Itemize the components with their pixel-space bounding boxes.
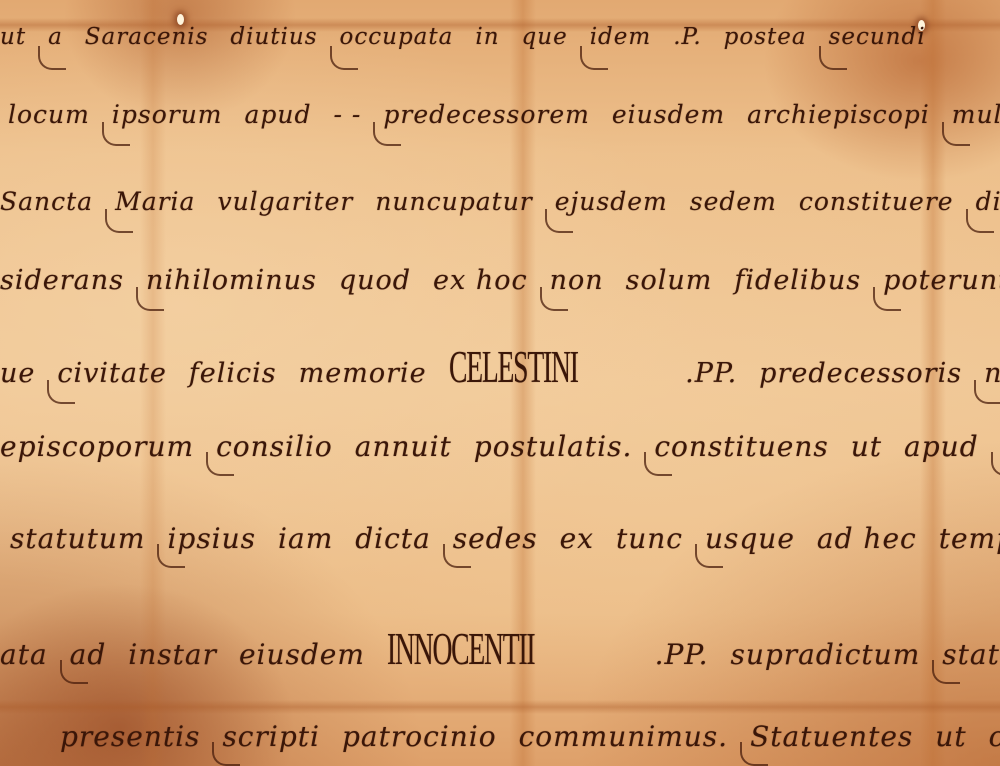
manuscript-word: nostri	[984, 358, 1000, 389]
manuscript-word: sedes	[453, 522, 538, 555]
manuscript-word: apud	[245, 100, 312, 129]
manuscript-word: idem	[590, 24, 652, 50]
manuscript-word: poterunt	[883, 265, 1000, 296]
manuscript-word: apud	[904, 430, 979, 463]
manuscript-word: dicta	[355, 522, 431, 555]
manuscript-word: vulgariter	[217, 187, 353, 216]
manuscript-word: non	[550, 265, 604, 296]
manuscript-word: quod	[339, 265, 411, 296]
manuscript-word: occupata	[340, 24, 454, 50]
manuscript-word: secundi	[829, 24, 926, 50]
manuscript-word: civitate	[57, 358, 166, 389]
manuscript-word: ex hoc	[433, 265, 528, 296]
manuscript-word: patrocinio	[342, 720, 497, 753]
descender-flourish	[873, 287, 901, 311]
descender-flourish	[373, 122, 401, 146]
descender-flourish	[740, 742, 768, 766]
manuscript-word: statutum	[942, 638, 1000, 671]
manuscript-word: Sancta	[0, 187, 93, 216]
manuscript-word: a	[48, 24, 63, 50]
manuscript-line-3: SanctaMariavulgariternuncupaturejusdemse…	[0, 187, 1000, 216]
manuscript-word: predecessorem	[383, 100, 590, 129]
descender-flourish	[443, 544, 471, 568]
manuscript-word: dignaret	[976, 187, 1000, 216]
manuscript-line-7: statutumipsiusiamdictasedesextuncusquead…	[10, 522, 1000, 555]
descender-flourish	[38, 46, 66, 70]
elongated-capital-name: INNOCENTII	[387, 622, 534, 675]
descender-flourish	[157, 544, 185, 568]
descender-flourish	[819, 46, 847, 70]
manuscript-word: siderans	[0, 265, 124, 296]
manuscript-word: ad hec	[817, 522, 917, 555]
descender-flourish	[206, 452, 234, 476]
elongated-capital-name: CELESTINI	[449, 340, 578, 393]
manuscript-word: nihilominus	[146, 265, 317, 296]
manuscript-word: Statuentes	[750, 720, 913, 753]
manuscript-word: postea	[724, 24, 807, 50]
manuscript-word: ejusdem	[555, 187, 668, 216]
manuscript-word: ex	[560, 522, 594, 555]
manuscript-word: que	[522, 24, 568, 50]
manuscript-word: ue	[0, 358, 35, 389]
manuscript-word: Saracenis	[85, 24, 209, 50]
manuscript-word: constituere	[799, 187, 954, 216]
manuscript-word: multipliciter	[952, 100, 1000, 129]
manuscript-word: .P.	[673, 24, 701, 50]
manuscript-line-4: sideransnihilominusquodex hocnonsolumfid…	[0, 265, 1000, 296]
manuscript-word: tempora	[939, 522, 1000, 555]
manuscript-word: ipsorum	[112, 100, 223, 129]
manuscript-word: usque	[705, 522, 795, 555]
manuscript-line-5: uecivitatefelicismemorieCELESTINI.PP.pre…	[0, 340, 1000, 393]
manuscript-line-1: utaSaracenisdiutiusoccupatainqueidem.P.p…	[0, 24, 948, 50]
horizontal-fold-crease-bottom	[0, 700, 1000, 714]
descender-flourish	[102, 122, 130, 146]
manuscript-line-9: presentisscriptipatrociniocommunimus.Sta…	[60, 720, 1000, 753]
descender-flourish	[60, 660, 88, 684]
manuscript-word: communimus.	[519, 720, 729, 753]
manuscript-word: predecessoris	[759, 358, 962, 389]
descender-flourish	[545, 209, 573, 233]
manuscript-word: eiusdem	[239, 638, 365, 671]
descender-flourish	[974, 380, 1000, 404]
manuscript-word: presentis	[60, 720, 200, 753]
manuscript-line-6: episcoporumconsilioannuitpostulatis.cons…	[0, 430, 1000, 463]
manuscript-word: diutius	[230, 24, 317, 50]
manuscript-word: instar	[128, 638, 217, 671]
manuscript-line-2: locumipsorumapud- -predecessoremeiusdema…	[8, 100, 1000, 129]
manuscript-word: postulatis.	[474, 430, 633, 463]
manuscript-word: eiusdem	[612, 100, 725, 129]
manuscript-word: scripti	[222, 720, 320, 753]
manuscript-word: memorie	[299, 358, 427, 389]
manuscript-word: nuncupatur	[375, 187, 532, 216]
descender-flourish	[330, 46, 358, 70]
manuscript-word: consilio	[216, 430, 333, 463]
manuscript-word: ut	[0, 24, 26, 50]
manuscript-word: - -	[334, 100, 362, 129]
manuscript-word: ipsius	[167, 522, 256, 555]
manuscript-word: archiepiscopi	[747, 100, 930, 129]
descender-flourish	[540, 287, 568, 311]
manuscript-word: cum	[989, 720, 1000, 753]
manuscript-word: fidelibus	[734, 265, 861, 296]
manuscript-word: annuit	[355, 430, 452, 463]
descender-flourish	[580, 46, 608, 70]
descender-flourish	[212, 742, 240, 766]
descender-flourish	[966, 209, 994, 233]
manuscript-word: solum	[626, 265, 713, 296]
manuscript-word: .PP.	[655, 638, 709, 671]
manuscript-word: episcoporum	[0, 430, 194, 463]
descender-flourish	[932, 660, 960, 684]
descender-flourish	[644, 452, 672, 476]
manuscript-word: in	[475, 24, 499, 50]
manuscript-word: iam	[278, 522, 333, 555]
manuscript-word: tunc	[616, 522, 683, 555]
manuscript-word: ad	[70, 638, 107, 671]
manuscript-line-8: ataadinstareiusdemINNOCENTII.PP.supradic…	[0, 622, 1000, 675]
manuscript-word: felicis	[189, 358, 277, 389]
descender-flourish	[136, 287, 164, 311]
descender-flourish	[105, 209, 133, 233]
descender-flourish	[695, 544, 723, 568]
manuscript-word: locum	[8, 100, 90, 129]
manuscript-word: ut	[935, 720, 966, 753]
manuscript-word: ut	[851, 430, 882, 463]
manuscript-word: constituens	[654, 430, 828, 463]
manuscript-word: ata	[0, 638, 48, 671]
manuscript-word: .PP.	[685, 358, 737, 389]
manuscript-word: supradictum	[730, 638, 920, 671]
descender-flourish	[47, 380, 75, 404]
descender-flourish	[942, 122, 970, 146]
manuscript-word: statutum	[10, 522, 145, 555]
manuscript-word: sedem	[690, 187, 777, 216]
manuscript-word: Maria	[115, 187, 195, 216]
